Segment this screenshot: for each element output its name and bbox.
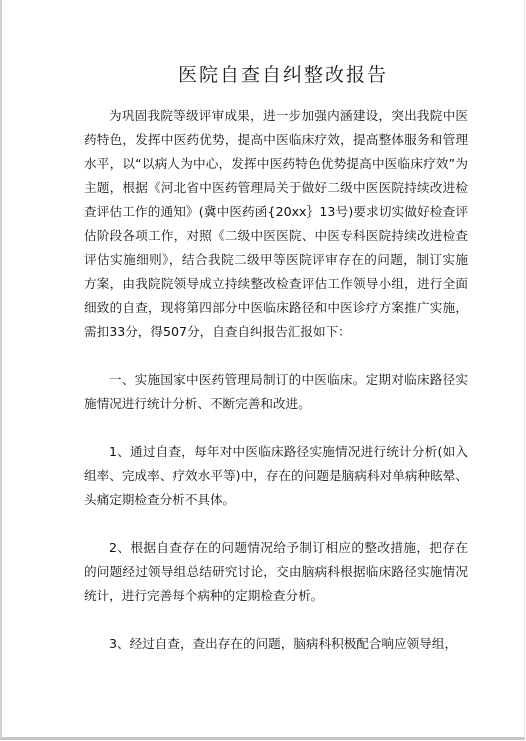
document-page: 医院自查自纠整改报告 为巩固我院等级评审成果，进一步加强内涵建设，突出我院中医药… — [0, 0, 525, 740]
intro-paragraph: 为巩固我院等级评审成果，进一步加强内涵建设，突出我院中医药特色，发挥中医药优势，… — [84, 104, 468, 344]
item-3-paragraph: 3、经过自查，查出存在的问题，脑病科积极配合响应领导组， — [84, 632, 468, 656]
item-1-paragraph: 1、通过自查，每年对中医临床路径实施情况进行统计分析(如入组率、完成率、疗效水平… — [84, 440, 468, 512]
item-2-paragraph: 2、根据自查存在的问题情况给予制订相应的整改措施，把存在的问题经过领导组总结研究… — [84, 536, 468, 608]
section-one-heading: 一、实施国家中医药管理局制订的中医临床。定期对临床路径实施情况进行统计分析、不断… — [84, 368, 468, 416]
document-body: 为巩固我院等级评审成果，进一步加强内涵建设，突出我院中医药特色，发挥中医药优势，… — [84, 104, 468, 656]
document-title: 医院自查自纠整改报告 — [2, 60, 526, 87]
